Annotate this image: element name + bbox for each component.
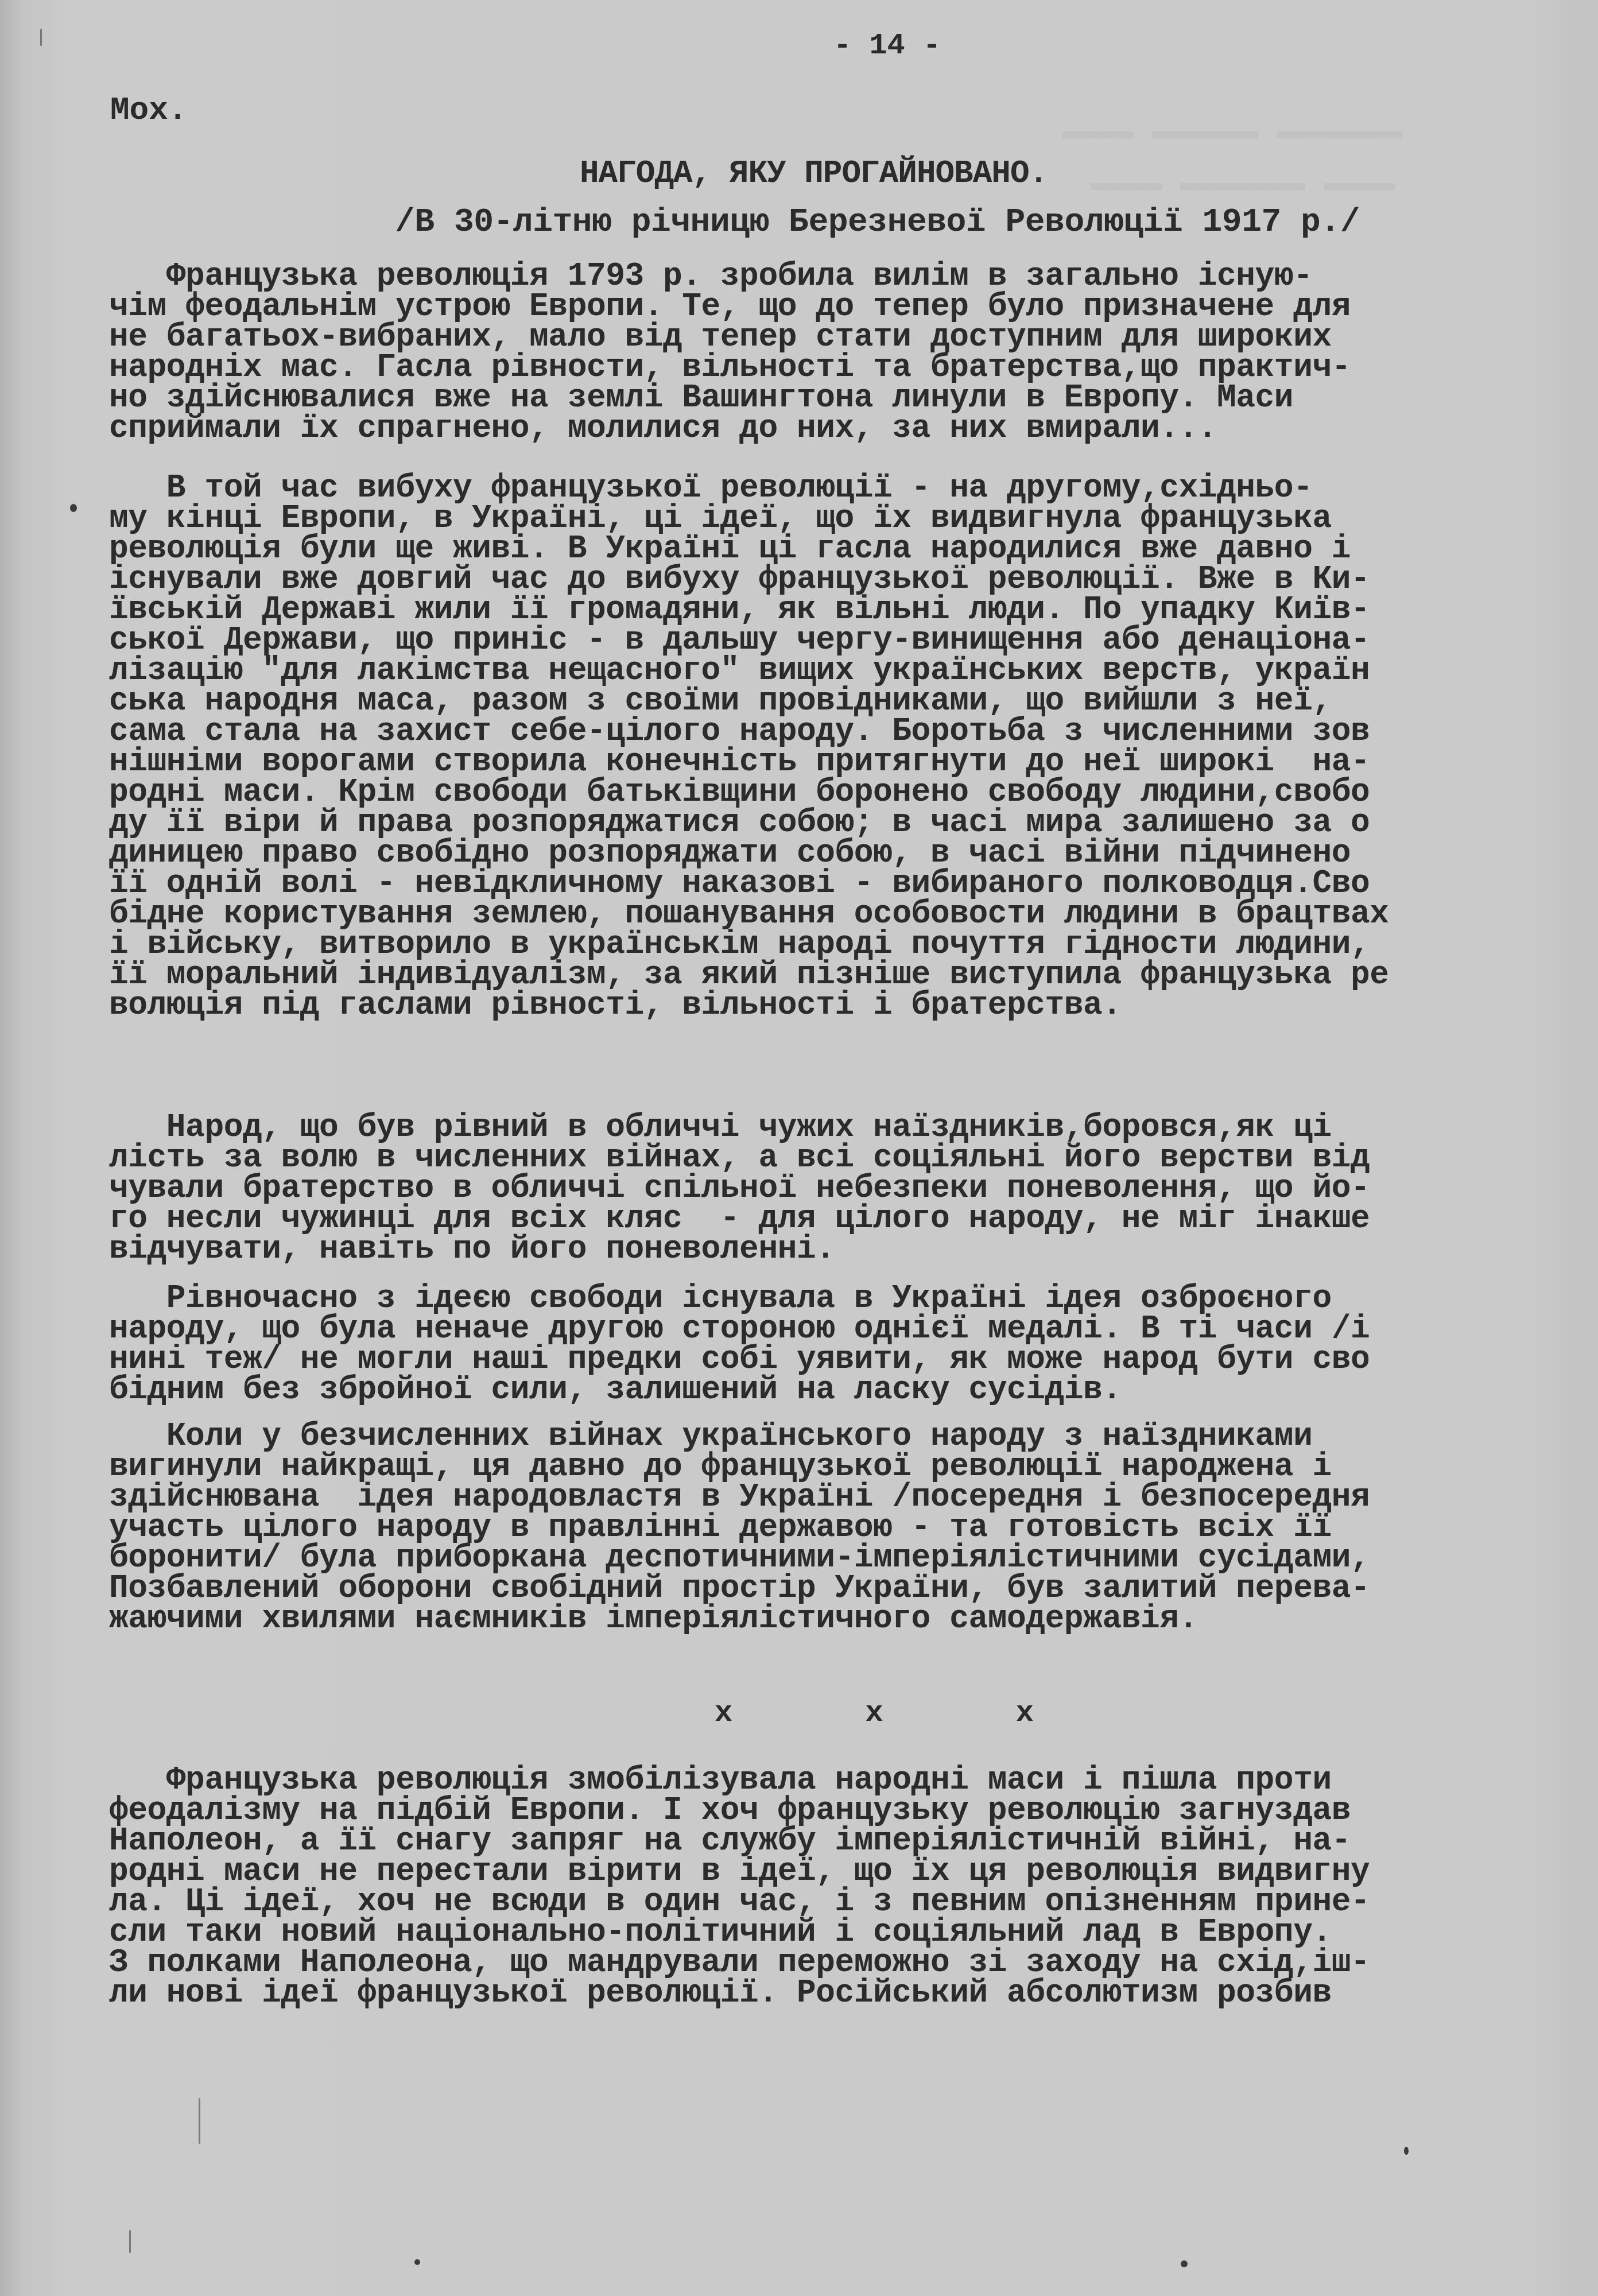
scan-scratch bbox=[129, 2230, 131, 2253]
text-line: бідним без збройної сили, залишений на л… bbox=[109, 1373, 1122, 1407]
text-line: відчувати, навіть по його поневоленні. bbox=[109, 1232, 835, 1267]
scan-scratch bbox=[40, 29, 42, 46]
scan-speck bbox=[1404, 2147, 1409, 2155]
bleed-through-text: ▬▬▬▬ ▬▬▬▬▬▬ ▬▬▬▬▬▬▬ bbox=[1062, 115, 1402, 149]
document-page: ▬▬▬▬ ▬▬▬▬▬▬ ▬▬▬▬▬▬▬ ▬▬▬▬ ▬▬▬▬▬▬▬ ▬▬▬▬ - … bbox=[0, 0, 1598, 2296]
text-line: сприймали їх спрагнено, молилися до них,… bbox=[109, 412, 1217, 446]
article-subtitle: /В 30-літню річницю Березневої Революції… bbox=[395, 204, 1360, 241]
scan-scratch bbox=[199, 2098, 200, 2144]
article-title: НАГОДА, ЯКУ ПРОГАЙНОВАНО. bbox=[580, 155, 1048, 192]
scan-speck bbox=[414, 2259, 420, 2265]
page-number: - 14 - bbox=[833, 29, 941, 63]
scan-speck bbox=[70, 504, 77, 512]
section-separator: x x x bbox=[715, 1696, 1091, 1730]
text-line: жаючими хвилями наємників імперіялістичн… bbox=[109, 1602, 1198, 1636]
text-line: ли нові ідеї французької революції. Росі… bbox=[109, 1976, 1332, 2011]
author-mark: Мох. bbox=[110, 92, 187, 129]
scan-speck bbox=[1181, 2260, 1188, 2267]
bleed-through-text: ▬▬▬▬ ▬▬▬▬▬▬▬ ▬▬▬▬ bbox=[1091, 166, 1395, 200]
text-line: волюція під гаслами рівності, вільності … bbox=[109, 988, 1122, 1023]
